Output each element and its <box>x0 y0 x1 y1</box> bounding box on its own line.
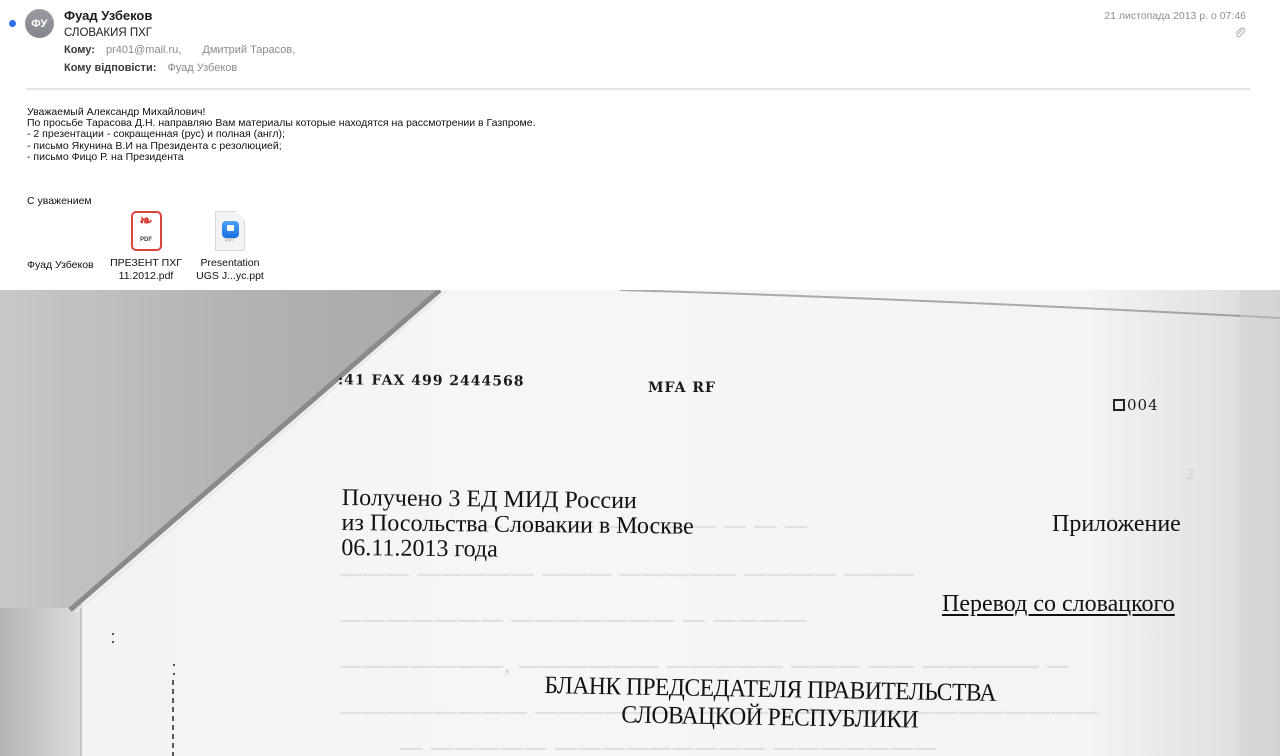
fax-organization: MFA RF <box>648 380 716 396</box>
email-signoff: С уважением <box>27 195 92 207</box>
reply-to-row: Кому відповісти: Фуад Узбеков <box>64 62 237 74</box>
fax-header: :41 FAX 499 2444568 <box>338 372 525 389</box>
attachment-name: Presentation <box>190 257 270 270</box>
recipient[interactable]: pr401@mail.ru, <box>106 44 181 56</box>
scan-speck <box>173 673 175 675</box>
unread-indicator <box>9 20 16 27</box>
recipient[interactable]: Дмитрий Тарасов, <box>202 44 295 56</box>
scan-speck <box>112 633 114 635</box>
scan-speck <box>173 664 175 666</box>
reply-to-label: Кому відповісти: <box>64 62 156 74</box>
header-divider <box>26 88 1250 90</box>
letterhead-title: БЛАНК ПРЕДСЕДАТЕЛЯ ПРАВИТЕЛЬСТВА СЛОВАЦК… <box>488 671 1053 737</box>
sender-avatar[interactable]: ФУ <box>25 9 54 38</box>
paperclip-icon <box>1234 27 1246 39</box>
attachment-pdf[interactable]: ❧ PDF ПРЕЗЕНТ ПХГ 11.2012.pdf <box>106 211 186 282</box>
scanned-document-image: — — — — — — — — — — — ——— ————— ——— ————… <box>0 290 1280 756</box>
attachment-name: 11.2012.pdf <box>106 270 186 283</box>
attachment-ppt[interactable]: PPT Presentation UGS J...yc.ppt <box>190 211 270 282</box>
email-subject: СЛОВАКИЯ ПХГ <box>64 27 152 39</box>
received-stamp: Получено 3 ЕД МИД России из Посольства С… <box>341 486 694 565</box>
email-message: ФУ Фуад Узбеков СЛОВАКИЯ ПХГ Кому: pr401… <box>0 0 1280 290</box>
margin-perforation <box>172 680 174 756</box>
email-date: 21 листопада 2013 р. о 07:46 <box>1104 10 1246 22</box>
fax-page-counter: 004 <box>1113 396 1159 414</box>
body-line: - письмо Фицо Р. на Президента <box>27 152 536 163</box>
appendix-label: Приложение <box>1052 511 1181 538</box>
scan-speck <box>112 641 114 643</box>
translation-label: Перевод со словацкого <box>942 591 1175 618</box>
sender-name[interactable]: Фуад Узбеков <box>64 8 152 23</box>
attachment-name: UGS J...yc.ppt <box>190 270 270 283</box>
email-body: Уважаемый Александр Михайлович! По прось… <box>27 107 536 163</box>
body-line: - 2 презентации - сокращенная (рус) и по… <box>27 129 536 140</box>
page-number: 2 <box>1186 466 1194 484</box>
pdf-file-icon: ❧ PDF <box>131 211 162 251</box>
attachment-name: ПРЕЗЕНТ ПХГ <box>106 257 186 270</box>
keynote-ppt-file-icon: PPT <box>215 211 245 251</box>
email-signature: Фуад Узбеков <box>27 259 94 271</box>
to-row: Кому: pr401@mail.ru, Дмитрий Тарасов, <box>64 44 295 56</box>
reply-to-address[interactable]: Фуад Узбеков <box>167 62 237 74</box>
to-label: Кому: <box>64 44 95 56</box>
